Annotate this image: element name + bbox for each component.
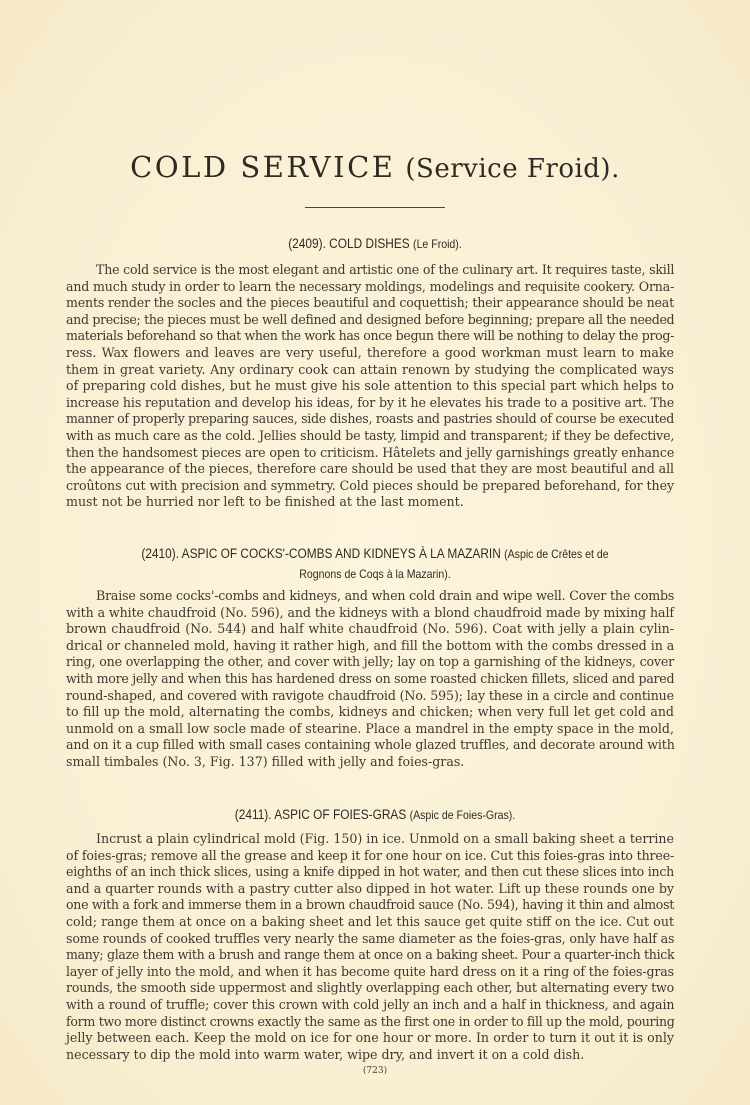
text-line: some rounds of cooked truffles very near… bbox=[66, 931, 674, 948]
text-line: cold; range them at once on a baking she… bbox=[66, 914, 674, 931]
text-line: and on it a cup filled with small cases … bbox=[66, 737, 674, 754]
text-line: with a round of truffle; cover this crow… bbox=[66, 997, 674, 1014]
text-line: one with a fork and immerse them in a br… bbox=[66, 897, 674, 914]
section-subtitle: (Aspic de Crêtes et de bbox=[504, 547, 608, 561]
text-line: of preparing cold dishes, but he must gi… bbox=[66, 378, 674, 395]
title-divider bbox=[305, 207, 445, 208]
text-line: brown chaudfroid (No. 544) and half whit… bbox=[66, 621, 674, 638]
text-line: round-shaped, and covered with ravigote … bbox=[66, 688, 674, 705]
page-title-sub: (Service Froid). bbox=[405, 154, 619, 184]
book-page: COLD SERVICE (Service Froid). (2409). CO… bbox=[0, 0, 750, 1105]
section-number: (2411). bbox=[235, 807, 272, 822]
text-line: with as much care as the cold. Jellies s… bbox=[66, 428, 674, 445]
section-title: ASPIC OF FOIES-GRAS bbox=[274, 807, 406, 822]
text-line: of foies-gras; remove all the grease and… bbox=[66, 848, 674, 865]
section-heading-2409: (2409). COLD DISHES (Le Froid). bbox=[98, 234, 652, 254]
section-body-2411: Incrust a plain cylindrical mold (Fig. 1… bbox=[66, 831, 674, 1063]
text-line: croûtons cut with precision and symmetry… bbox=[66, 478, 674, 495]
text-line: eighths of an inch thick slices, using a… bbox=[66, 864, 674, 881]
section-title: COLD DISHES bbox=[329, 236, 410, 251]
text-line: form two more distinct crowns exactly th… bbox=[66, 1014, 674, 1031]
text-line: ments render the socles and the pieces b… bbox=[66, 295, 674, 312]
section-title: ASPIC OF COCKS'-COMBS AND KIDNEYS À LA M… bbox=[182, 546, 501, 561]
text-line: materials beforehand so that when the wo… bbox=[66, 328, 674, 345]
text-line: Incrust a plain cylindrical mold (Fig. 1… bbox=[66, 831, 674, 848]
text-line: The cold service is the most elegant and… bbox=[66, 262, 674, 279]
text-line: layer of jelly into the mold, and when i… bbox=[66, 964, 674, 981]
text-line: many; glaze them with a brush and range … bbox=[66, 947, 674, 964]
text-line: with more jelly and when this has harden… bbox=[66, 671, 674, 688]
page-number: (723) bbox=[0, 1066, 750, 1076]
section-body-2409: The cold service is the most elegant and… bbox=[66, 262, 674, 511]
section-subtitle: (Aspic de Foies-Gras). bbox=[410, 808, 516, 822]
section-number: (2410). bbox=[141, 546, 179, 561]
text-line: to fill up the mold, alternating the com… bbox=[66, 704, 674, 721]
section-subtitle: (Le Froid). bbox=[413, 237, 462, 251]
text-line: ring, one overlapping the other, and cov… bbox=[66, 654, 674, 671]
text-line: jelly between each. Keep the mold on ice… bbox=[66, 1030, 674, 1047]
text-line: unmold on a small low socle made of stea… bbox=[66, 721, 674, 738]
text-line: rounds, the smooth side uppermost and sl… bbox=[66, 980, 674, 997]
text-line: and a quarter rounds with a pastry cutte… bbox=[66, 881, 674, 898]
text-line: manner of properly preparing sauces, sid… bbox=[66, 411, 674, 428]
text-line: with a white chaudfroid (No. 596), and t… bbox=[66, 605, 674, 622]
text-line: increase his reputation and develop his … bbox=[66, 395, 674, 412]
section-number: (2409). bbox=[288, 236, 326, 251]
section-heading-2410: (2410). ASPIC OF COCKS'-COMBS AND KIDNEY… bbox=[98, 544, 652, 584]
text-line: and precise; the pieces must be well def… bbox=[66, 312, 674, 329]
text-line: must not be hurried nor left to be finis… bbox=[66, 494, 674, 511]
text-line: drical or channeled mold, having it rath… bbox=[66, 638, 674, 655]
text-line: small timbales (No. 3, Fig. 137) filled … bbox=[66, 754, 674, 771]
section-heading-2411: (2411). ASPIC OF FOIES-GRAS (Aspic de Fo… bbox=[98, 805, 652, 825]
section-subtitle-line2: Rognons de Coqs à la Mazarin). bbox=[299, 567, 450, 581]
text-line: Braise some cocks'-combs and kidneys, an… bbox=[66, 588, 674, 605]
text-line: them in great variety. Any ordinary cook… bbox=[66, 362, 674, 379]
page-title-main: COLD SERVICE bbox=[130, 150, 395, 184]
page-title: COLD SERVICE (Service Froid). bbox=[0, 150, 750, 184]
text-line: and much study in order to learn the nec… bbox=[66, 279, 674, 296]
text-line: the appearance of the pieces, therefore … bbox=[66, 461, 674, 478]
text-line: necessary to dip the mold into warm wate… bbox=[66, 1047, 674, 1064]
text-line: ress. Wax flowers and leaves are very us… bbox=[66, 345, 674, 362]
section-body-2410: Braise some cocks'-combs and kidneys, an… bbox=[66, 588, 674, 771]
text-line: then the handsomest pieces are open to c… bbox=[66, 445, 674, 462]
